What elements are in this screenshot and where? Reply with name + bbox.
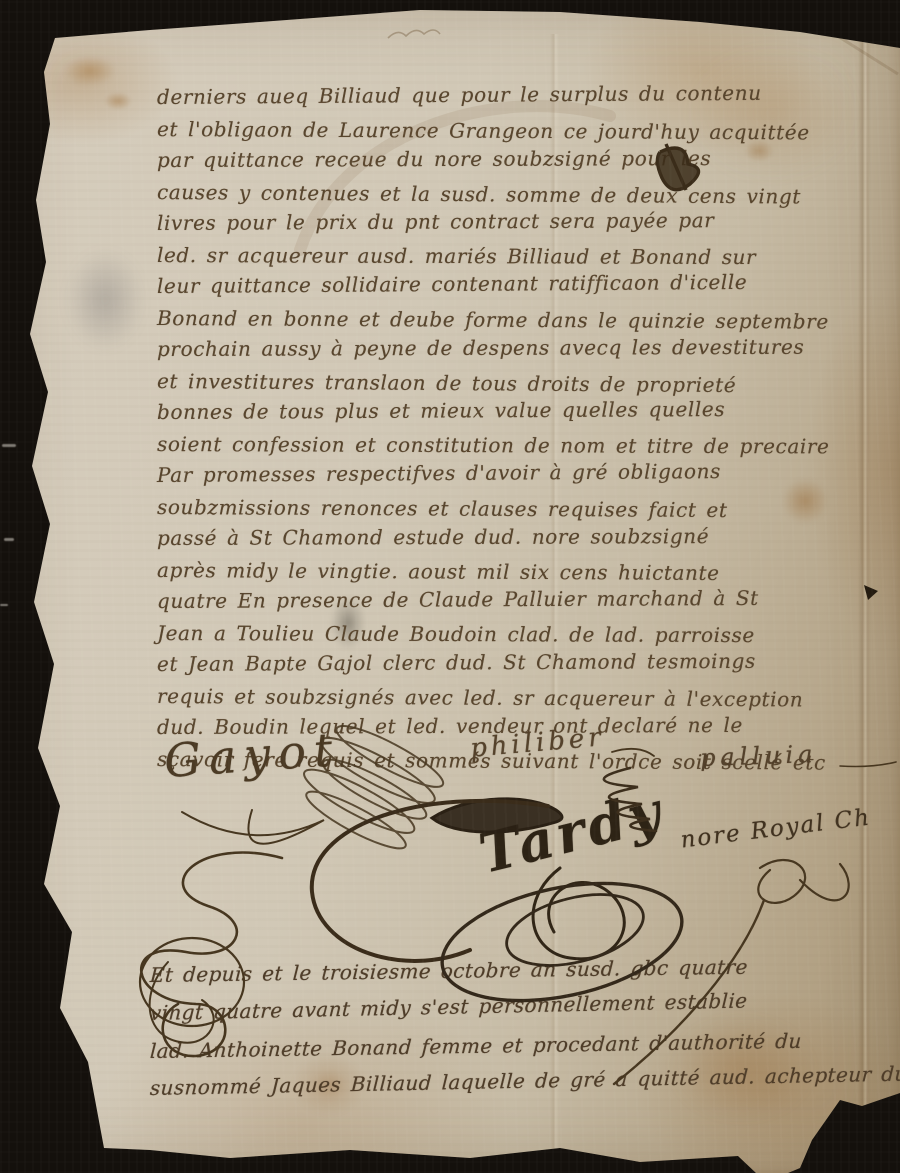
cloth-speck xyxy=(2,444,16,447)
stain xyxy=(64,56,116,86)
text-line: leur quittance sollidaire contenant rati… xyxy=(157,269,747,299)
text-line: Jean a Toulieu Claude Boudoin clad. de l… xyxy=(157,620,755,648)
signature-gayot: Gayot xyxy=(162,722,342,788)
text-line: et investitures translaon de tous droits… xyxy=(157,368,736,398)
addendum-line: Et depuis et le troisiesme octobre an su… xyxy=(149,955,748,987)
addendum-line: susnommé Jaques Billiaud laquelle de gré… xyxy=(149,1061,900,1100)
text-line: livres pour le prix du pnt contract sera… xyxy=(157,207,715,236)
text-line: quatre En presence de Claude Palluier ma… xyxy=(157,585,759,614)
photo-background: derniers aueq Billiaud que pour le surpl… xyxy=(0,0,900,1173)
manuscript-page: derniers aueq Billiaud que pour le surpl… xyxy=(0,0,900,1173)
gray-smudge xyxy=(66,250,144,350)
text-line: Par promesses respectifves d'avoir à gré… xyxy=(157,458,721,488)
top-edge-marks xyxy=(388,30,440,38)
signature-tardy-notary: Tardy xyxy=(473,778,671,885)
corner-fold-line xyxy=(812,20,898,74)
signature-palluia: palluia xyxy=(700,740,818,772)
stain xyxy=(688,48,858,178)
text-line: après midy le vingtie. aoust mil six cen… xyxy=(157,557,720,586)
cloth-speck xyxy=(4,538,14,541)
text-line: soient confession et constitution de nom… xyxy=(157,431,830,459)
fold-ink-blot xyxy=(864,585,878,600)
addendum-line: lad. Anthoinette Bonand femme et proceda… xyxy=(149,1028,802,1062)
text-line: bonnes de tous plus et mieux value quell… xyxy=(157,396,725,425)
tardy-knot xyxy=(533,868,624,959)
palluia-tail-line xyxy=(840,762,896,767)
addendum-line: vingt quatre avant midy s'est personnell… xyxy=(149,988,748,1025)
stain xyxy=(104,92,132,110)
text-line: derniers aueq Billiaud que pour le surpl… xyxy=(157,80,762,110)
text-line: prochain aussy à peyne de despens avecq … xyxy=(157,334,804,362)
text-line: et l'obligaon de Laurence Grangeon ce jo… xyxy=(157,116,810,145)
text-line: passé à St Chamond estude dud. nore soub… xyxy=(157,523,709,551)
stain xyxy=(782,478,828,524)
vertical-fold-crease-right xyxy=(858,28,871,1106)
text-line: causes y contenues et la susd. somme de … xyxy=(157,179,801,209)
left-paraph xyxy=(141,853,282,1057)
text-line: soubzmissions renonces et clauses requis… xyxy=(157,494,728,523)
text-line: Bonand en bonne et deube forme dans le q… xyxy=(157,305,829,335)
text-line: par quittance receue du nore soubzsigné … xyxy=(157,145,711,173)
signature-notaire-royal-title: nore Royal Ch xyxy=(679,804,872,853)
text-line: requis et soubzsignés avec led. sr acque… xyxy=(157,683,803,712)
notaire-loops xyxy=(758,860,848,903)
text-line: led. sr acquereur ausd. mariés Billiaud … xyxy=(157,242,756,270)
gayot-underloop xyxy=(182,810,324,844)
text-line: et Jean Bapte Gajol clerc dud. St Chamon… xyxy=(157,648,756,677)
cloth-speck xyxy=(0,604,8,606)
